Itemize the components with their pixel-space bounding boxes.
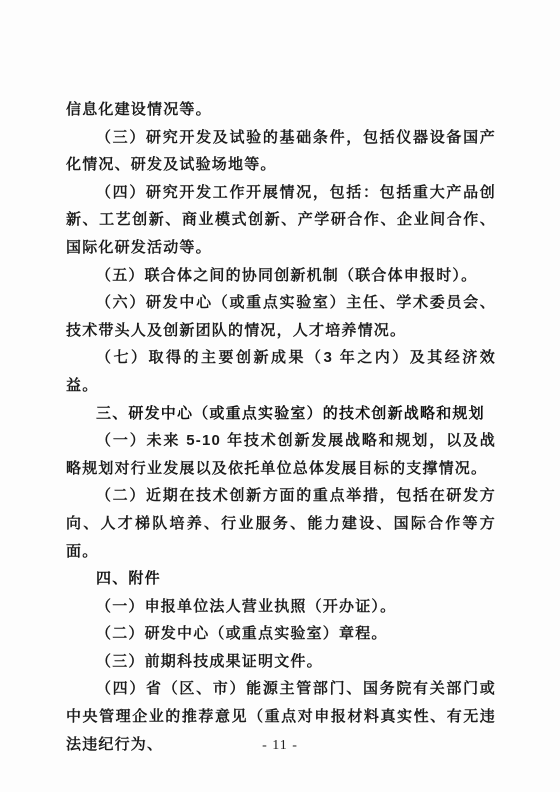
attachment-item-3: （三）前期科技成果证明文件。 bbox=[66, 648, 496, 676]
paragraph-item-2: （二）近期在技术创新方面的重点举措，包括在研发方向、人才梯队培养、行业服务、能力… bbox=[66, 482, 496, 565]
paragraph-item-5: （五）联合体之间的协同创新机制（联合体申报时）。 bbox=[66, 262, 496, 290]
paragraph-continuation: 信息化建设情况等。 bbox=[66, 96, 496, 124]
paragraph-item-3: （三）研究开发及试验的基础条件，包括仪器设备国产化情况、研发及试验场地等。 bbox=[66, 124, 496, 179]
document-body: 信息化建设情况等。 （三）研究开发及试验的基础条件，包括仪器设备国产化情况、研发… bbox=[66, 96, 496, 758]
document-page: 信息化建设情况等。 （三）研究开发及试验的基础条件，包括仪器设备国产化情况、研发… bbox=[0, 0, 560, 792]
attachment-item-1: （一）申报单位法人营业执照（开办证）。 bbox=[66, 593, 496, 621]
paragraph-item-7: （七）取得的主要创新成果（3 年之内）及其经济效益。 bbox=[66, 344, 496, 399]
section-heading-3: 三、研发中心（或重点实验室）的技术创新战略和规划 bbox=[66, 400, 496, 428]
attachment-item-2: （二）研发中心（或重点实验室）章程。 bbox=[66, 620, 496, 648]
page-number: - 11 - bbox=[0, 738, 560, 754]
section-heading-4: 四、附件 bbox=[66, 565, 496, 593]
paragraph-item-4: （四）研究开发工作开展情况，包括：包括重大产品创新、工艺创新、商业模式创新、产学… bbox=[66, 179, 496, 262]
paragraph-item-6: （六）研发中心（或重点实验室）主任、学术委员会、技术带头人及创新团队的情况，人才… bbox=[66, 289, 496, 344]
paragraph-item-1: （一）未来 5-10 年技术创新发展战略和规划，以及战略规划对行业发展以及依托单… bbox=[66, 427, 496, 482]
